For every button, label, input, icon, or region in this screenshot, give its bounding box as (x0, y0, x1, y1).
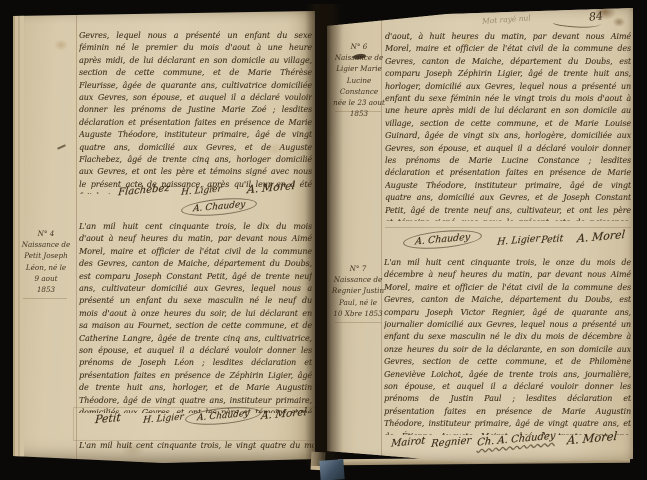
signature: Petit (94, 411, 121, 426)
next-act-opening-line: L'an mil huit cent cinquante trois, le v… (79, 440, 314, 453)
signature-oval: A. Chaudey (402, 227, 482, 251)
left-page: Gevres, lequel nous a présenté un enfant… (13, 9, 315, 463)
margin-note-line: Léon, né le (19, 262, 73, 273)
signature: A. Morel (566, 429, 617, 448)
margin-note-line: 9 aout (19, 273, 73, 284)
signature: A. Morel (577, 228, 626, 245)
right-page: Mot rayé nul 84 N° 6 Naissance de Ligier… (327, 4, 633, 464)
pencil-annotation: Mot rayé nul (482, 13, 531, 25)
birth-act-text: L'an mil huit cent cinquante trois, le o… (384, 257, 631, 435)
margin-note-line: 1853 (19, 284, 73, 295)
signature: H. Ligier (497, 233, 541, 248)
signature: A. Chaudey (415, 232, 471, 248)
margin-note: N° 4 Naissance de Petit Joseph Léon, né … (19, 228, 73, 295)
margin-note-line: Petit Joseph (19, 250, 73, 261)
signature: H. Ligier (181, 184, 222, 198)
margin-note-line: Naissance de (19, 239, 73, 250)
margin-note-underline (23, 298, 67, 299)
signature: Mairot (391, 435, 426, 449)
signature-guide-line (385, 227, 631, 228)
signature: A. Chaudey (197, 409, 250, 424)
gutter-shadow (305, 4, 343, 466)
blue-cover-fragment (319, 459, 344, 480)
act-number: N° 4 (19, 228, 73, 239)
margin-tick-mark (57, 144, 66, 149)
signature: A. Chaudey (193, 200, 246, 215)
margin-rule-left-page (76, 9, 77, 463)
scanned-register-spread: Gevres, lequel nous a présenté un enfant… (0, 0, 647, 480)
signature: Petit (541, 233, 564, 246)
birth-act-text: L'an mil huit cent cinquante trois, le d… (79, 221, 312, 413)
signature-oval: A. Chaudey (180, 196, 257, 219)
signature: Regnier (431, 435, 472, 450)
birth-act-text: d'aout, à huit heures du matin, par deva… (385, 31, 631, 221)
birth-act-text: Gevres, lequel nous a présenté un enfant… (79, 30, 312, 194)
